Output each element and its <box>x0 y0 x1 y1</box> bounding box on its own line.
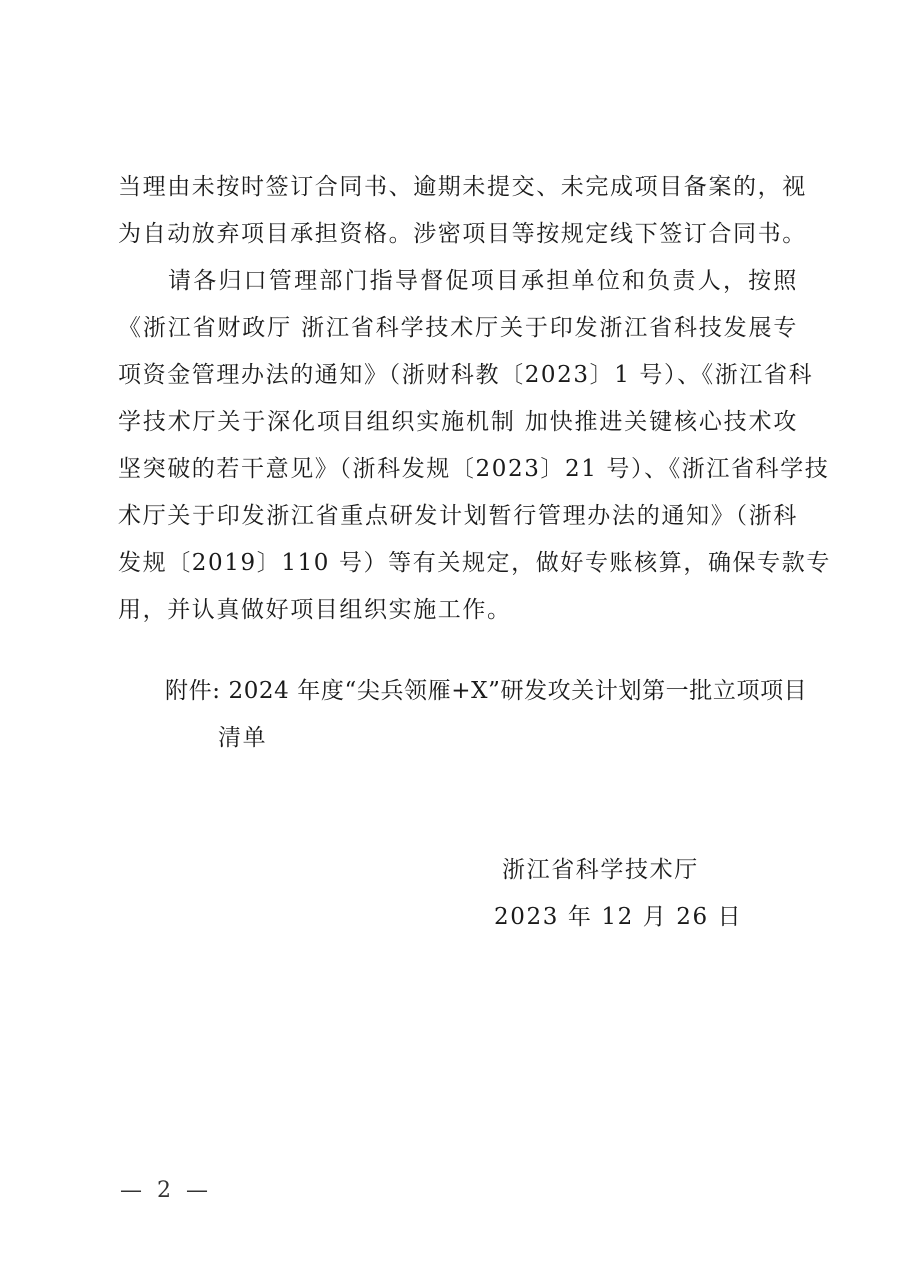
paragraph-2-line-3: 项资金管理办法的通知》（浙财科教〔2023〕1 号）、《浙江省科 <box>118 360 798 390</box>
paragraph-2-line-2: 《浙江省财政厅 浙江省科学技术厅关于印发浙江省科技发展专 <box>118 313 798 343</box>
paragraph-2-line-1: 请各归口管理部门指导督促项目承担单位和负责人，按照 <box>168 266 798 296</box>
paragraph-2-line-4: 学技术厅关于深化项目组织实施机制 加快推进关键核心技术攻 <box>118 407 798 437</box>
paragraph-2-line-6: 术厅关于印发浙江省重点研发计划暂行管理办法的通知》（浙科 <box>118 501 798 531</box>
paragraph-1-line-2: 为自动放弃项目承担资格。涉密项目等按规定线下签订合同书。 <box>118 219 798 249</box>
paragraph-1-line-1: 当理由未按时签订合同书、逾期未提交、未完成项目备案的，视 <box>118 172 798 202</box>
page-number: — 2 — <box>120 1177 212 1205</box>
paragraph-2-line-7: 发规〔2019〕110 号）等有关规定，做好专账核算，确保专款专 <box>118 548 798 578</box>
document-page: 当理由未按时签订合同书、逾期未提交、未完成项目备案的，视 为自动放弃项目承担资格… <box>0 0 905 1280</box>
signature-organization: 浙江省科学技术厅 <box>502 855 699 885</box>
paragraph-2-line-8: 用，并认真做好项目组织实施工作。 <box>118 595 798 625</box>
attachment-label-line-1: 附件: 2024 年度“尖兵领雁+X”研发攻关计划第一批立项项目 <box>165 676 807 706</box>
paragraph-2-line-5: 坚突破的若干意见》（浙科发规〔2023〕21 号）、《浙江省科学技 <box>118 454 798 484</box>
signature-date: 2023 年 12 月 26 日 <box>494 902 742 932</box>
attachment-label-line-2: 清单 <box>218 723 267 753</box>
